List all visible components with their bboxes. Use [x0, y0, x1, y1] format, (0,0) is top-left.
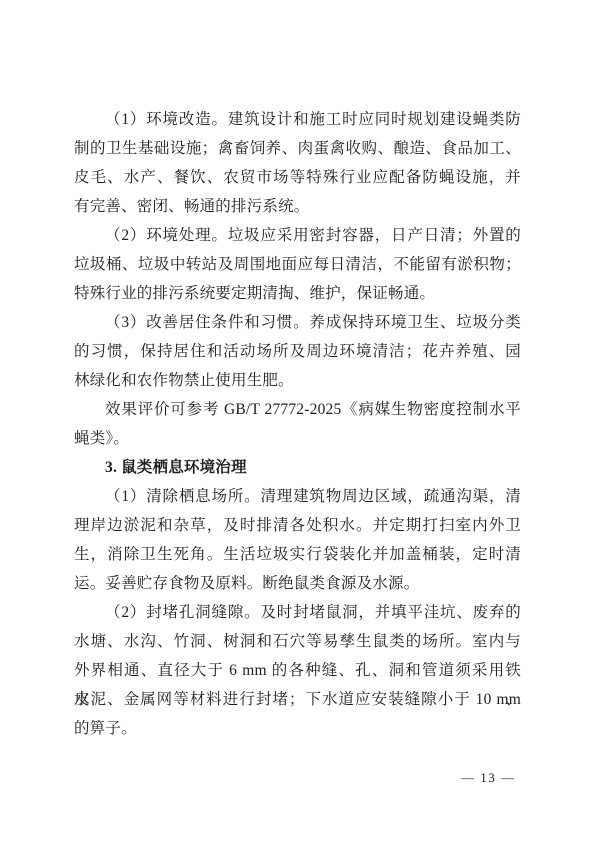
text-line: 理岸边淤泥和杂草，及时排清各处积水。并定期打扫室内外卫	[74, 511, 521, 540]
text-line: （2）环境处理。垃圾应采用密封容器，日产日清；外置的	[74, 221, 521, 250]
paragraph-rodent-hole-sealing: （2）封堵孔洞缝隙。及时封堵鼠洞，并填平洼坑、废弃的 水塘、水沟、竹洞、树洞和石…	[74, 598, 521, 743]
paragraph-living-habits: （3）改善居住条件和习惯。养成保持环境卫生、垃圾分类 的习惯，保持居住和活动场所…	[74, 308, 521, 395]
document-page: （1）环境改造。建筑设计和施工时应同时规划建设蝇类防 制的卫生基础设施；禽畜饲养…	[0, 0, 595, 841]
text-line: 垃圾桶、垃圾中转站及周围地面应每日清洁，不能留有淤积物；	[74, 250, 521, 279]
paragraph-fly-env-treatment: （2）环境处理。垃圾应采用密封容器，日产日清；外置的 垃圾桶、垃圾中转站及周围地…	[74, 221, 521, 308]
text-line: 皮毛、水产、餐饮、农贸市场等特殊行业应配备防蝇设施，并	[74, 163, 521, 192]
document-body: （1）环境改造。建筑设计和施工时应同时规划建设蝇类防 制的卫生基础设施；禽畜饲养…	[74, 105, 521, 743]
paragraph-rodent-section: 3. 鼠类栖息环境治理	[74, 453, 521, 482]
text-line: 水泥、金属网等材料进行封堵；下水道应安装缝隙小于 10 mm	[74, 685, 521, 714]
text-line: 水塘、水沟、竹洞、树洞和石穴等易孳生鼠类的场所。室内与	[74, 627, 521, 656]
text-line: （3）改善居住条件和习惯。养成保持环境卫生、垃圾分类	[74, 308, 521, 337]
text-line: 的箅子。	[74, 714, 521, 743]
section-heading: 3. 鼠类栖息环境治理	[74, 453, 521, 482]
paragraph-rodent-habitat-removal: （1）清除栖息场所。清理建筑物周边区域，疏通沟渠，清 理岸边淤泥和杂草，及时排清…	[74, 482, 521, 598]
page-number: — 13 —	[461, 766, 516, 790]
paragraph-evaluation-reference: 效果评价可参考 GB/T 27772-2025《病媒生物密度控制水平 蝇类》。	[74, 395, 521, 453]
text-line: 特殊行业的排污系统要定期清掏、维护，保证畅通。	[74, 279, 521, 308]
text-line: 林绿化和农作物禁止使用生肥。	[74, 366, 521, 395]
text-line: 有完善、密闭、畅通的排污系统。	[74, 192, 521, 221]
text-line: 制的卫生基础设施；禽畜饲养、肉蛋禽收购、酿造、食品加工、	[74, 134, 521, 163]
text-line: 蝇类》。	[74, 424, 521, 453]
text-line: （1）清除栖息场所。清理建筑物周边区域，疏通沟渠，清	[74, 482, 521, 511]
text-line: 效果评价可参考 GB/T 27772-2025《病媒生物密度控制水平	[74, 395, 521, 424]
text-line: （1）环境改造。建筑设计和施工时应同时规划建设蝇类防	[74, 105, 521, 134]
text-line: 运。妥善贮存食物及原料。断绝鼠类食源及水源。	[74, 569, 521, 598]
text-line: 生，消除卫生死角。生活垃圾实行袋装化并加盖桶装，定时清	[74, 540, 521, 569]
paragraph-fly-env-modification: （1）环境改造。建筑设计和施工时应同时规划建设蝇类防 制的卫生基础设施；禽畜饲养…	[74, 105, 521, 221]
text-line: 的习惯，保持居住和活动场所及周边环境清洁；花卉养殖、园	[74, 337, 521, 366]
text-line: （2）封堵孔洞缝隙。及时封堵鼠洞，并填平洼坑、废弃的	[74, 598, 521, 627]
text-line: 外界相通、直径大于 6 mm 的各种缝、孔、洞和管道须采用铁皮、	[74, 656, 521, 685]
